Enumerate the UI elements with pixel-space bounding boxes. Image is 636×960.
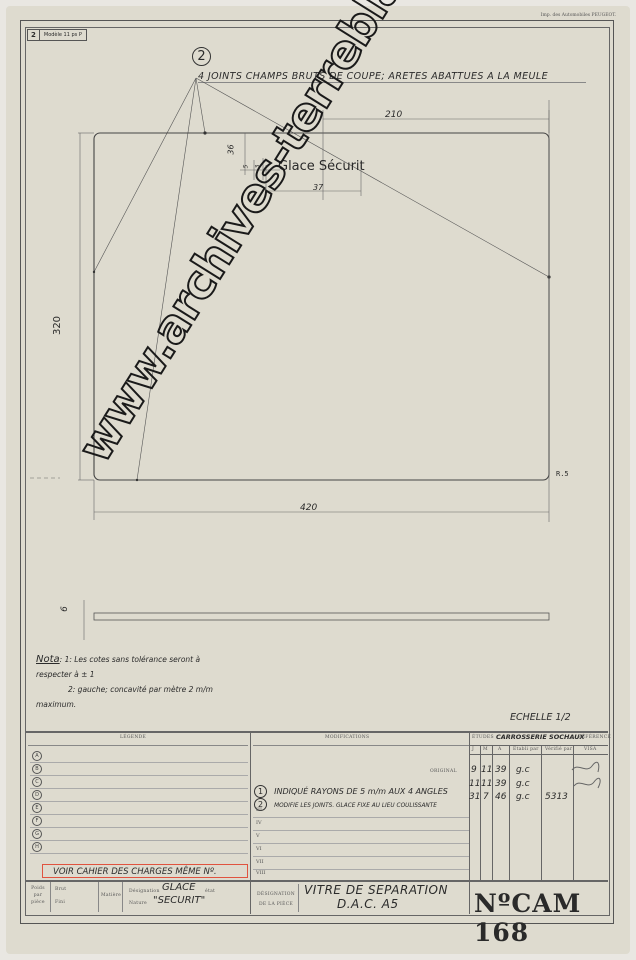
tb-sep [50,882,51,912]
cell-checked: 5313 [545,792,568,802]
nature-label: Nature [129,901,147,906]
cell-m: 11 [481,765,492,775]
material-nature: "SECURIT" [153,895,205,906]
legend-row: A [30,750,248,763]
col-verifie: Vérifié par [545,747,572,752]
col-rule [469,745,608,746]
weight-label: Poids par pièce [30,885,46,906]
mod-row-empty: VI [253,844,469,857]
row-numeral: IV [256,820,262,826]
studies-label: ÉTUDES [472,735,494,740]
notes-block: Nota: 1: Les cotes sans tolérance seront… [36,652,213,712]
visa-signature-icon [568,760,604,796]
col-etabli: Etabli par [513,747,539,752]
row-numeral: VII [256,859,264,865]
legend-row: F [30,815,248,828]
col-j: J [472,747,474,752]
cell-by: g.c [516,779,530,789]
dim-36: 36 [227,144,236,154]
drawing-number: NºCAM 168 [474,889,636,947]
fini-label: Fini [55,900,65,905]
material-label: Matière [101,893,121,898]
etat-label: état [205,889,215,894]
material-designation: GLACE [162,882,195,893]
col-sep [541,745,542,880]
legend-row: E [30,802,248,815]
cell-a: 39 [495,779,506,789]
cell-m: 7 [483,792,489,802]
dept-label: CARROSSERIE SOCHAUX [496,733,584,741]
legend-row: C [30,776,248,789]
col-m: M [483,747,488,752]
legend-marker: F [32,816,42,826]
row-numeral: VIII [256,870,266,876]
legend-row: B [30,763,248,776]
note-line-2: respecter à ± 1 [36,667,213,682]
legend-row: G [30,828,248,841]
row-numeral: III [256,807,262,813]
legend-row: H [30,841,248,854]
dim-37: 37 [313,183,323,192]
dim-420: 420 [300,503,317,513]
scale-label: ECHELLE 1/2 [510,712,571,723]
legend-marker: H [32,842,42,852]
dim-210: 210 [385,110,402,120]
mod-row-empty: V [253,831,469,844]
brut-label: Brut [55,887,66,892]
cell-a: 39 [495,765,506,775]
cell-j: 9 [471,765,477,775]
mod-row-empty: IV [253,818,469,831]
mod-row-original-label: ORIGINAL [430,769,457,774]
ref-label: RÉFÉRENCE [578,735,611,740]
mod-rule [253,745,469,746]
note-line-3: 2: gauche; concavité par mètre 2 m/m [36,682,213,697]
cell-a: 46 [495,792,506,802]
tb-sep [98,882,99,912]
radius-label: R.5 [556,470,569,478]
designation-label: Désignation [129,889,160,894]
legend-marker: E [32,803,42,813]
dim-6: 6 [60,606,70,612]
legend-rule [28,745,248,746]
note-line-1: : 1: Les cotes sans tolérance seront à [60,655,200,664]
part-name-line2: D.A.C. A5 [337,897,399,911]
cell-by: g.c [516,792,530,802]
cell-j: 11 [469,779,480,789]
dim-320: 320 [52,316,63,335]
note-line-4: maximum. [36,697,213,712]
col-sep [509,745,510,880]
cell-by: g.c [516,765,530,775]
row-numeral: VI [256,846,262,852]
col-a: A [498,747,502,752]
mod-row-empty: III [253,805,469,818]
tb-divider [250,731,251,914]
part-designation-label: DÉSIGNATION DE LA PIÈCE [254,890,298,910]
charges-note: VOIR CAHIER DES CHARGES MÊME Nº. [42,864,248,878]
tb-mid-rule [25,880,608,882]
tb-sep [122,882,123,912]
cell-m: 11 [481,779,492,789]
row-numeral: V [256,833,260,839]
legend-marker: D [32,790,42,800]
legend-marker: C [32,777,42,787]
mod-row-empty: VIII [253,868,469,880]
part-name-line1: VITRE DE SEPARATION [304,883,448,897]
col-head-rule [469,754,608,755]
legend-marker: B [32,764,42,774]
legend-marker: G [32,829,42,839]
notes-title: Nota [36,654,60,665]
modifications-header: MODIFICATIONS [325,735,369,740]
legend-marker: A [32,751,42,761]
legend-row: D [30,789,248,802]
tb-sep [298,884,299,912]
legend-header: LÉGENDE [120,735,146,740]
cell-j: 31 [469,792,480,802]
col-visa: VISA [584,747,597,752]
